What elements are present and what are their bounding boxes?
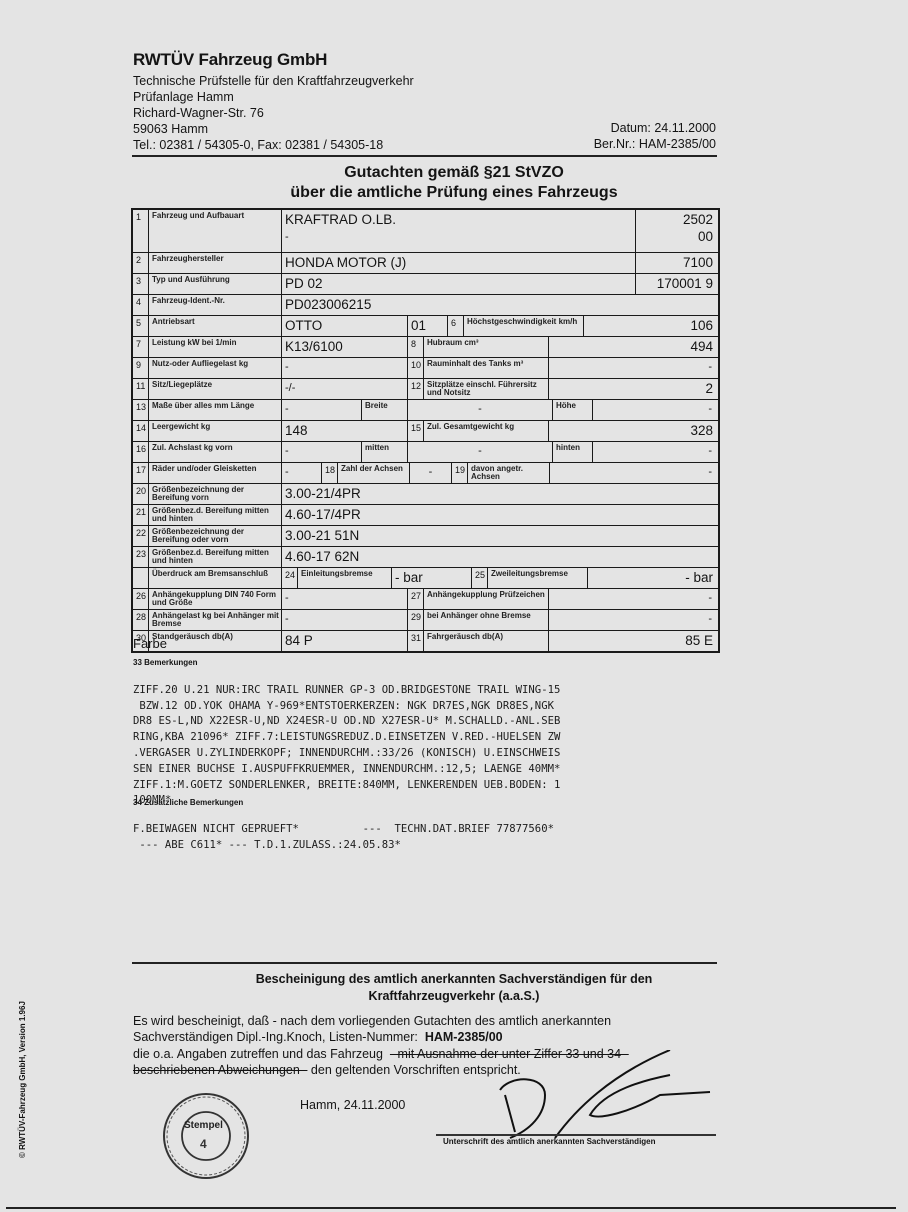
table-row: 3 Typ und Ausführung PD 02 170001 9: [133, 274, 718, 295]
table-row: 26 Anhängekupplung DIN 740 Form und Größ…: [133, 589, 718, 610]
field-label: Fahrzeughersteller: [149, 253, 282, 273]
trailer-load-unbraked: -: [549, 610, 718, 630]
field-label: bei Anhänger ohne Bremse: [424, 610, 549, 630]
field-label: Anhängekupplung DIN 740 Form und Größe: [149, 589, 282, 609]
field-number: 27: [408, 589, 424, 609]
field-label: Hubraum cm³: [424, 337, 549, 357]
field-label: Zweileitungsbremse: [488, 568, 588, 588]
field-number: [133, 568, 149, 588]
field-value-group: KRAFTRAD O.LB. -: [282, 210, 636, 252]
field-label: mitten: [362, 442, 408, 462]
field-label: Leergewicht kg: [149, 421, 282, 441]
tank-volume: -: [549, 358, 718, 378]
field-number: 10: [408, 358, 424, 378]
dual-line-brake-pressure: - bar: [588, 568, 718, 588]
field-number: 29: [408, 610, 424, 630]
drive-type-code: 01: [408, 316, 448, 336]
field-label: Fahrgeräusch db(A): [424, 631, 549, 651]
signature-icon: [470, 1050, 720, 1140]
company-name: RWTÜV Fahrzeug GmbH: [133, 50, 327, 70]
field-number: 13: [133, 400, 149, 420]
header-line: 59063 Hamm: [133, 121, 208, 137]
tire-size-rear: 4.60-17/4PR: [282, 505, 718, 525]
header-line: Prüfanlage Hamm: [133, 89, 234, 105]
field-number: 19: [452, 463, 468, 483]
manufacturer-code: 7100: [636, 253, 718, 273]
remarks-line: .VERGASER U.ZYLINDERKOPF; INNENDURCHM.:3…: [133, 746, 560, 762]
additional-remarks-line: F.BEIWAGEN NICHT GEPRUEFT* --- TECHN.DAT…: [133, 822, 554, 838]
document-subtitle: über die amtliche Prüfung eines Fahrzeug…: [0, 184, 908, 202]
field-label: Antriebsart: [149, 316, 282, 336]
driving-noise: 85 E: [549, 631, 718, 651]
place-date: Hamm, 24.11.2000: [300, 1097, 405, 1114]
field-number: 26: [133, 589, 149, 609]
additional-remarks-text: F.BEIWAGEN NICHT GEPRUEFT* --- TECHN.DAT…: [133, 806, 554, 869]
field-number: 2: [133, 253, 149, 273]
field-label: Zul. Gesamtgewicht kg: [424, 421, 549, 441]
header-line: Technische Prüfstelle für den Kraftfahrz…: [133, 73, 414, 89]
table-row: 21 Größenbez.d. Bereifung mitten und hin…: [133, 505, 718, 526]
field-label: Sitzplätze einschl. Führersitz und Notsi…: [424, 379, 549, 399]
certificate-text: beschriebenen Abweichungen - den geltend…: [133, 1062, 521, 1079]
page-bottom-edge: [6, 1207, 896, 1209]
report-number: Ber.Nr.: HAM-2385/00: [594, 137, 716, 151]
additional-remarks-line: --- ABE C611* --- T.D.1.ZULASS.:24.05.83…: [133, 838, 554, 854]
field-label: Räder und/oder Gleisketten: [149, 463, 282, 483]
axle-count: -: [410, 463, 452, 483]
field-label: Standgeräusch db(A): [149, 631, 282, 651]
field-number: 12: [408, 379, 424, 399]
field-number: 20: [133, 484, 149, 504]
type-code: 170001 9: [636, 274, 718, 294]
vehicle-data-table: 1 Fahrzeug und Aufbauart KRAFTRAD O.LB. …: [131, 208, 720, 653]
certificate-divider: [132, 962, 717, 964]
table-row: 2 Fahrzeughersteller HONDA MOTOR (J) 710…: [133, 253, 718, 274]
field-number: 21: [133, 505, 149, 525]
svg-text:4: 4: [200, 1137, 207, 1151]
signature-line: [436, 1134, 716, 1136]
vehicle-type-code: 2502: [636, 210, 718, 227]
table-row: 20 Größenbezeichnung der Bereifung vorn …: [133, 484, 718, 505]
vehicle-type-code2: 00: [636, 227, 718, 244]
field-label: Anhängelast kg bei Anhänger mit Bremse: [149, 610, 282, 630]
field-label: Überdruck am Bremsanschluß: [149, 568, 282, 588]
manufacturer: HONDA MOTOR (J): [282, 253, 636, 273]
payload: -: [282, 358, 408, 378]
field-number: 24: [282, 568, 298, 588]
field-label: Höhe: [553, 400, 593, 420]
table-row: 11 Sitz/Liegeplätze -/- 12 Sitzplätze ei…: [133, 379, 718, 400]
remarks-line: ZIFF.20 U.21 NUR:IRC TRAIL RUNNER GP-3 O…: [133, 683, 560, 699]
tire-size-front-alt: 3.00-21 51N: [282, 526, 718, 546]
vehicle-type: KRAFTRAD O.LB.: [282, 210, 635, 227]
stamp-label: Stempel: [184, 1120, 223, 1131]
field-label: Typ und Ausführung: [149, 274, 282, 294]
field-number: 11: [133, 379, 149, 399]
power-output: K13/6100: [282, 337, 408, 357]
type-version: PD 02: [282, 274, 636, 294]
field-label: Größenbezeichnung der Bereifung oder vor…: [149, 526, 282, 546]
remarks-line: ZIFF.1:M.GOETZ SONDERLENKER, BREITE:840M…: [133, 778, 560, 794]
table-row: 28 Anhängelast kg bei Anhänger mit Brems…: [133, 610, 718, 631]
field-label: Nutz-oder Aufliegelast kg: [149, 358, 282, 378]
struck-text: beschriebenen Abweichungen -: [133, 1063, 307, 1077]
driven-axles: -: [550, 463, 718, 483]
seat-count: 2: [549, 379, 718, 399]
field-number: 18: [322, 463, 338, 483]
tire-size-front: 3.00-21/4PR: [282, 484, 718, 504]
table-row: 22 Größenbezeichnung der Bereifung oder …: [133, 526, 718, 547]
field-label: Sitz/Liegeplätze: [149, 379, 282, 399]
tire-size-rear-alt: 4.60-17 62N: [282, 547, 718, 567]
field-number: 5: [133, 316, 149, 336]
remarks-line: RING,KBA 21096* ZIFF.7:LEISTUNGSREDUZ.D.…: [133, 730, 560, 746]
wheels-tracks: -: [282, 463, 322, 483]
header-line: Tel.: 02381 / 54305-0, Fax: 02381 / 5430…: [133, 137, 383, 153]
displacement: 494: [549, 337, 718, 357]
table-row: Überdruck am Bremsanschluß 24 Einleitung…: [133, 568, 718, 589]
vehicle-type-extra: -: [282, 227, 635, 243]
table-row: 23 Größenbez.d. Bereifung mitten und hin…: [133, 547, 718, 568]
remarks-line: DR8 ES-L,ND X22ESR-U,ND X24ESR-U OD.ND X…: [133, 714, 560, 730]
document-title: Gutachten gemäß §21 StVZO: [0, 164, 908, 182]
table-row: 30 Standgeräusch db(A) 84 P 31 Fahrgeräu…: [133, 631, 718, 651]
remarks-line: SEN EINER BUCHSE I.AUSPUFFKRUEMMER, INNE…: [133, 762, 560, 778]
document-date: Datum: 24.11.2000: [611, 121, 716, 135]
certificate-text: Sachverständigen Dipl.-Ing.Knoch, Listen…: [133, 1029, 503, 1046]
certificate-title: Bescheinigung des amtlich anerkannten Sa…: [0, 971, 908, 988]
field-number: 8: [408, 337, 424, 357]
certificate-text-part: die o.a. Angaben zutreffen und das Fahrz…: [133, 1047, 383, 1061]
table-row: 7 Leistung kW bei 1/min K13/6100 8 Hubra…: [133, 337, 718, 358]
table-row: 5 Antriebsart OTTO 01 6 Höchstgeschwindi…: [133, 316, 718, 337]
table-row: 16 Zul. Achslast kg vorn - mitten - hint…: [133, 442, 718, 463]
remarks-label: 33 Bemerkungen: [133, 658, 197, 667]
certificate-title-line2: Kraftfahrzeugverkehr (a.a.S.): [0, 988, 908, 1005]
table-row: 14 Leergewicht kg 148 15 Zul. Gesamtgewi…: [133, 421, 718, 442]
field-label: Anhängekupplung Prüfzeichen: [424, 589, 549, 609]
remarks-line: BZW.12 OD.YOK OHAMA Y-969*ENTSTOERKERZEN…: [133, 699, 560, 715]
field-label: Größenbez.d. Bereifung mitten und hinten: [149, 505, 282, 525]
field-number: 4: [133, 295, 149, 315]
axle-load-middle: -: [408, 442, 553, 462]
field-label: Höchstgeschwindigkeit km/h: [464, 316, 584, 336]
field-label: Fahrzeug-Ident.-Nr.: [149, 295, 282, 315]
empty-weight: 148: [282, 421, 408, 441]
field-label: Rauminhalt des Tanks m³: [424, 358, 549, 378]
drive-type: OTTO: [282, 316, 408, 336]
signature-label: Unterschrift des amtlich anerkannten Sac…: [443, 1137, 656, 1146]
field-label: Einleitungsbremse: [298, 568, 392, 588]
expert-list-number: HAM-2385/00: [425, 1030, 503, 1044]
height: -: [593, 400, 718, 420]
table-row: 1 Fahrzeug und Aufbauart KRAFTRAD O.LB. …: [133, 210, 718, 253]
length: -: [282, 400, 362, 420]
gross-weight: 328: [549, 421, 718, 441]
field-number: 28: [133, 610, 149, 630]
vehicle-id-number: PD023006215: [282, 295, 718, 315]
trailer-load-braked: -: [282, 610, 408, 630]
official-stamp-icon: Stempel 4: [160, 1090, 252, 1182]
header-divider: [132, 155, 717, 157]
copyright-note: © RWTÜV-Fahrzeug GmbH, Version 1.96J: [18, 1001, 27, 1158]
table-row: 9 Nutz-oder Aufliegelast kg - 10 Rauminh…: [133, 358, 718, 379]
trailer-coupling: -: [282, 589, 408, 609]
field-number: 17: [133, 463, 149, 483]
field-label: Fahrzeug und Aufbauart: [149, 210, 282, 252]
axle-load-rear: -: [593, 442, 718, 462]
field-number: 14: [133, 421, 149, 441]
color-field-label: Farbe: [133, 636, 167, 651]
stationary-noise: 84 P: [282, 631, 408, 651]
field-number: 22: [133, 526, 149, 546]
field-number: 23: [133, 547, 149, 567]
certificate-text-part: Sachverständigen Dipl.-Ing.Knoch, Listen…: [133, 1030, 418, 1044]
single-line-brake-pressure: - bar: [392, 568, 472, 588]
seats-berths: -/-: [282, 379, 408, 399]
field-number: 7: [133, 337, 149, 357]
field-number: 16: [133, 442, 149, 462]
field-label: Größenbezeichnung der Bereifung vorn: [149, 484, 282, 504]
field-number: 31: [408, 631, 424, 651]
field-label: Leistung kW bei 1/min: [149, 337, 282, 357]
certificate-text: Es wird bescheinigt, daß - nach dem vorl…: [133, 1013, 611, 1030]
field-label: Breite: [362, 400, 408, 420]
field-number: 15: [408, 421, 424, 441]
table-row: 17 Räder und/oder Gleisketten - 18 Zahl …: [133, 463, 718, 484]
field-label: Maße über alles mm Länge: [149, 400, 282, 420]
coupling-approval: -: [549, 589, 718, 609]
field-label: Zul. Achslast kg vorn: [149, 442, 282, 462]
width: -: [408, 400, 553, 420]
field-label: Zahl der Achsen: [338, 463, 410, 483]
max-speed: 106: [584, 316, 718, 336]
field-number: 3: [133, 274, 149, 294]
header-line: Richard-Wagner-Str. 76: [133, 105, 264, 121]
code-group: 2502 00: [636, 210, 718, 252]
field-number: 9: [133, 358, 149, 378]
field-number: 1: [133, 210, 149, 252]
table-row: 4 Fahrzeug-Ident.-Nr. PD023006215: [133, 295, 718, 316]
field-label: davon angetr. Achsen: [468, 463, 550, 483]
axle-load-front: -: [282, 442, 362, 462]
field-label: Größenbez.d. Bereifung mitten und hinten: [149, 547, 282, 567]
field-number: 6: [448, 316, 464, 336]
table-row: 13 Maße über alles mm Länge - Breite - H…: [133, 400, 718, 421]
field-number: 25: [472, 568, 488, 588]
field-label: hinten: [553, 442, 593, 462]
